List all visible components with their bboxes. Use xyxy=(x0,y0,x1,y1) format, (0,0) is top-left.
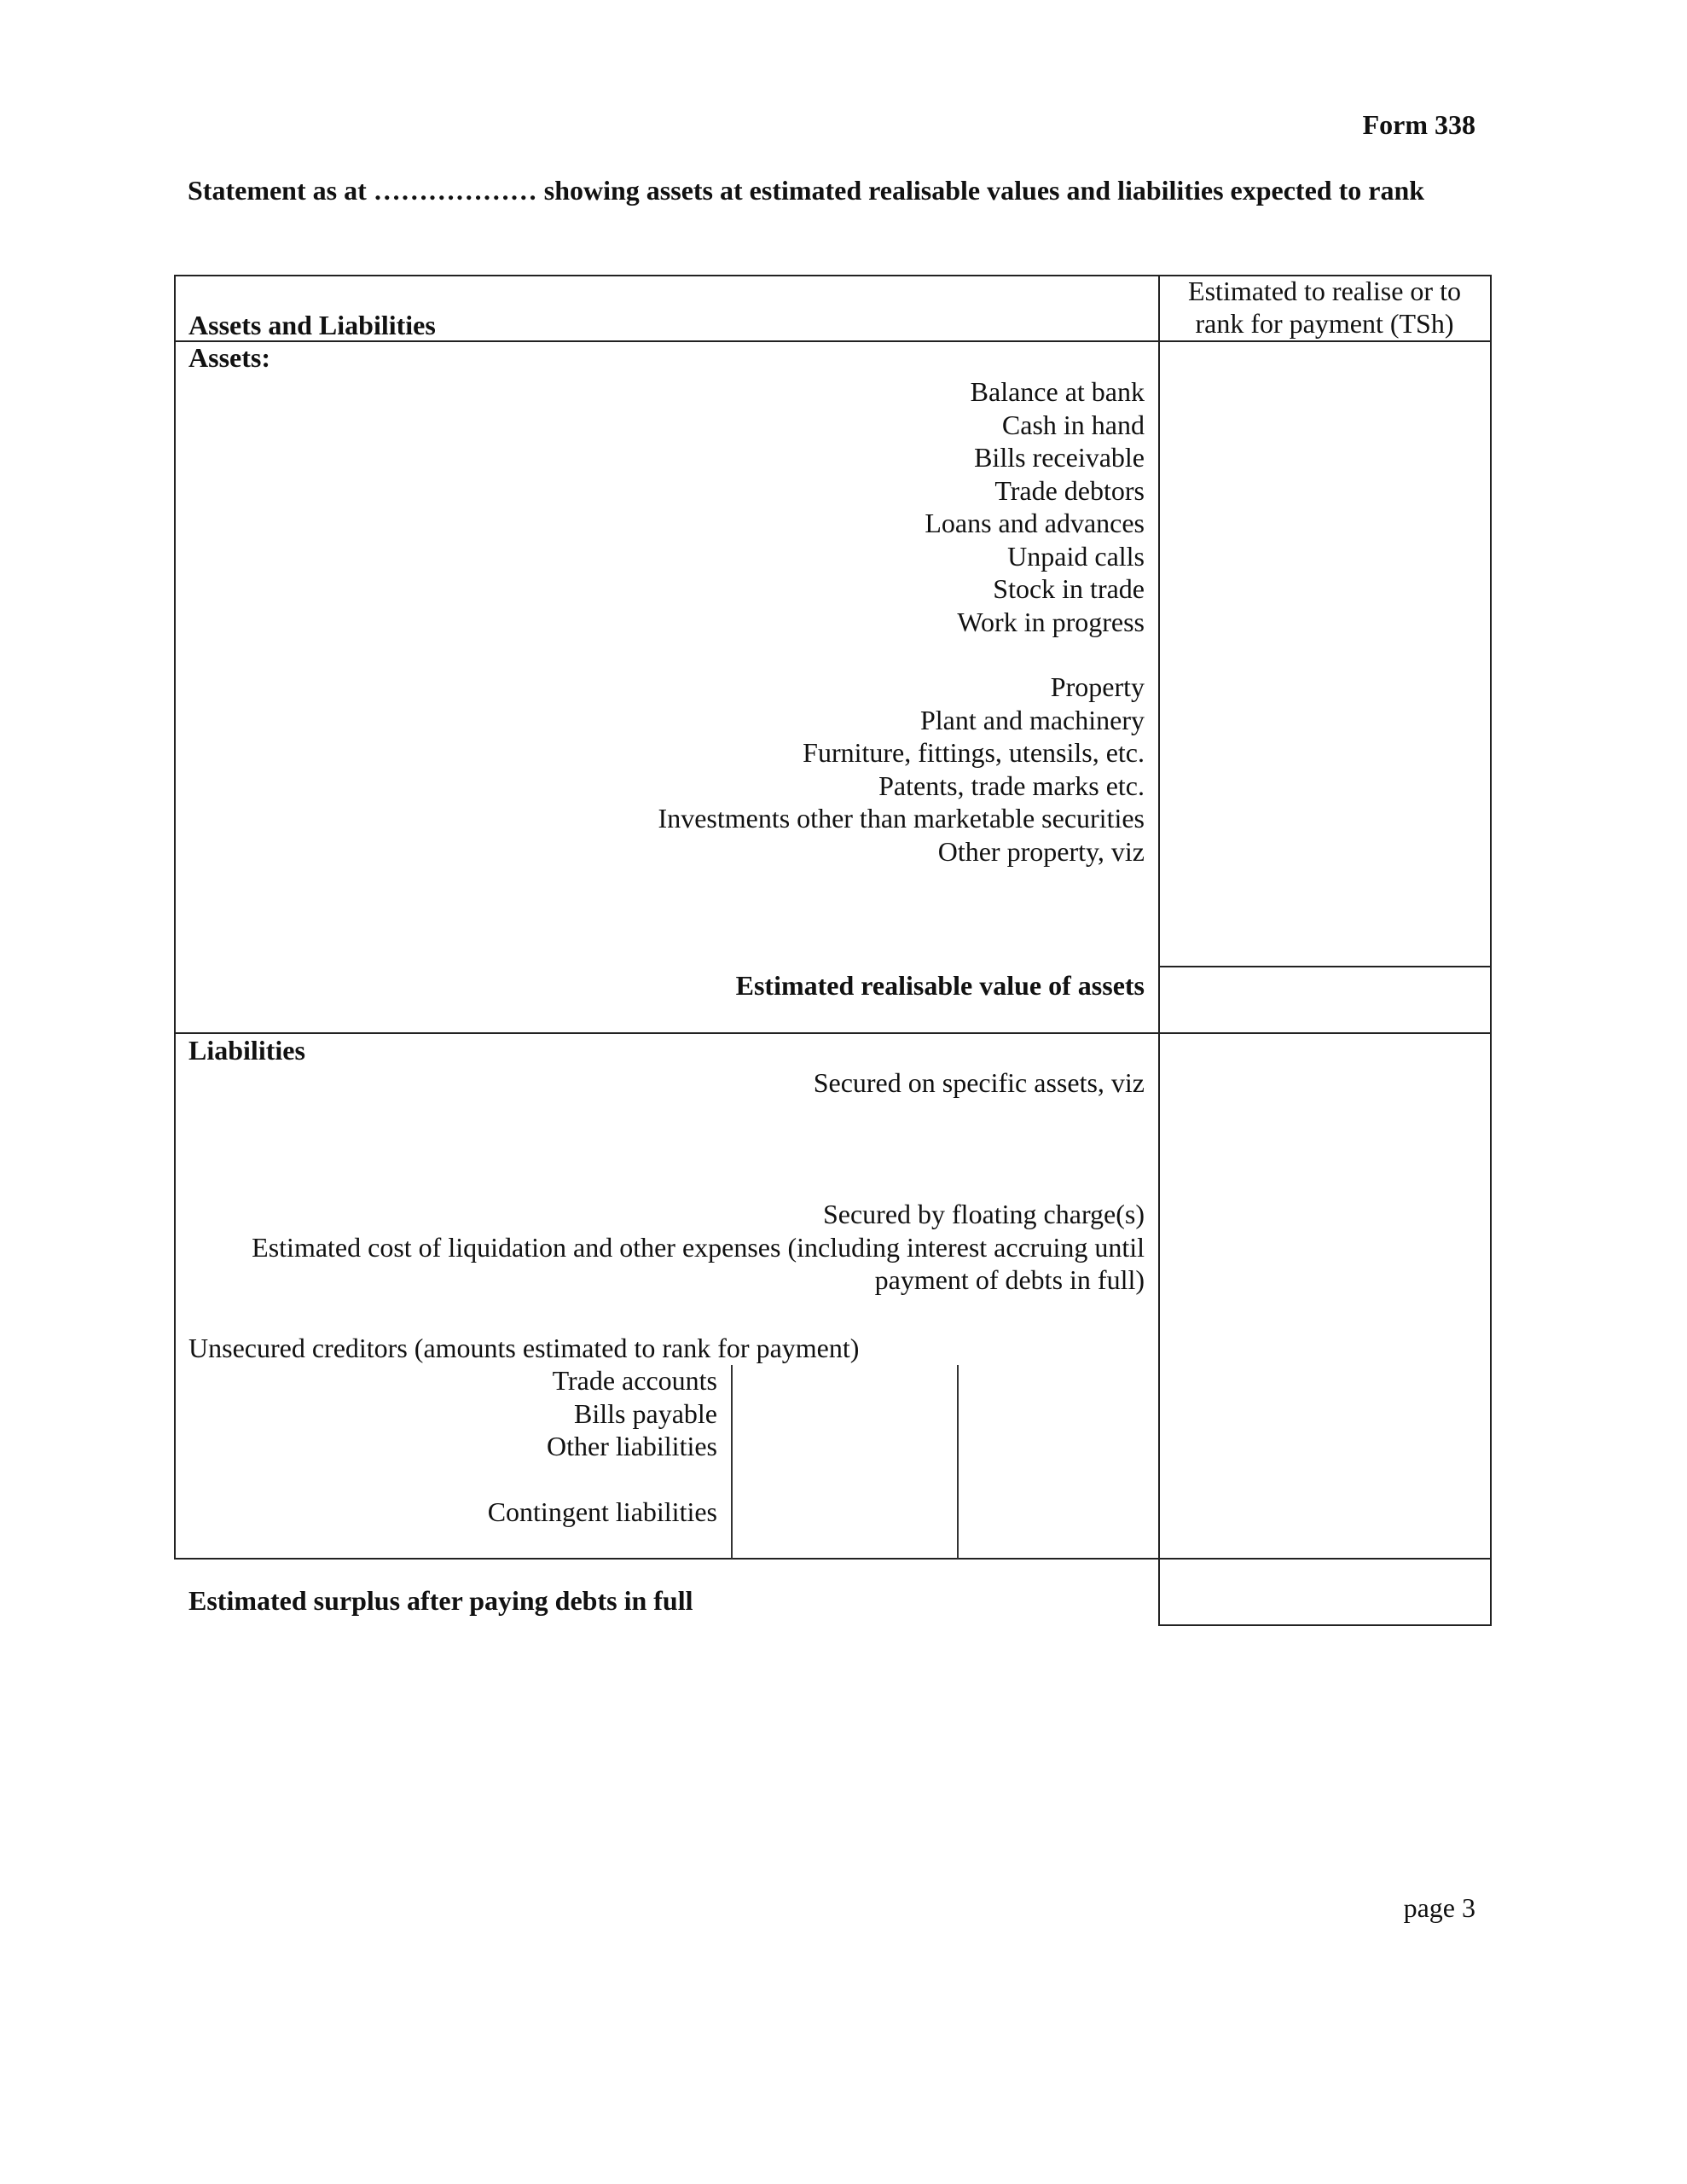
asset-item: Balance at bank xyxy=(925,375,1145,409)
liabilities-bottom-border xyxy=(174,1558,1492,1560)
asset-item: Plant and machinery xyxy=(658,704,1145,737)
liability-item: Other liabilities xyxy=(488,1430,717,1463)
liabilities-heading: Liabilities xyxy=(188,1034,305,1067)
asset-item: Bills receivable xyxy=(925,441,1145,474)
table-right-border xyxy=(1490,275,1492,1626)
liability-item: Contingent liabilities xyxy=(488,1496,717,1529)
unsecured-subcolumn-line-2 xyxy=(957,1365,959,1559)
asset-item: Property xyxy=(658,671,1145,704)
form-number: Form 338 xyxy=(1363,109,1475,141)
current-assets-list: Balance at bank Cash in hand Bills recei… xyxy=(925,375,1145,638)
liability-item: payment of debts in full) xyxy=(252,1263,1145,1297)
fixed-assets-list: Property Plant and machinery Furniture, … xyxy=(658,671,1145,868)
column-divider xyxy=(1158,275,1160,1626)
asset-item: Other property, viz xyxy=(658,835,1145,868)
asset-item: Trade debtors xyxy=(925,474,1145,508)
asset-item: Furniture, fittings, utensils, etc. xyxy=(658,736,1145,770)
assets-heading: Assets: xyxy=(188,341,270,375)
statement-title: Statement as at ……………… showing assets at… xyxy=(188,174,1450,206)
asset-item: Unpaid calls xyxy=(925,540,1145,573)
liability-item: Estimated cost of liquidation and other … xyxy=(252,1231,1145,1264)
unsecured-items: Trade accounts Bills payable Other liabi… xyxy=(488,1364,717,1528)
secured-floating-and-costs: Secured by floating charge(s) Estimated … xyxy=(252,1198,1145,1297)
asset-item: Patents, trade marks etc. xyxy=(658,770,1145,803)
col-header-assets-liabilities: Assets and Liabilities xyxy=(188,309,436,342)
assets-total: Estimated realisable value of assets xyxy=(736,969,1145,1002)
liability-item: Trade accounts xyxy=(488,1364,717,1397)
table-left-border xyxy=(174,275,176,1560)
asset-item: Cash in hand xyxy=(925,409,1145,442)
liabilities-separator xyxy=(174,1032,1492,1034)
assets-total-line xyxy=(1158,966,1492,967)
page-number: page 3 xyxy=(1404,1892,1475,1924)
surplus-box-bottom xyxy=(1158,1624,1492,1626)
unsecured-heading: Unsecured creditors (amounts estimated t… xyxy=(188,1332,859,1365)
surplus-label: Estimated surplus after paying debts in … xyxy=(188,1584,693,1618)
asset-item: Work in progress xyxy=(925,606,1145,639)
unsecured-subcolumn-line-1 xyxy=(731,1365,733,1559)
liability-item: Bills payable xyxy=(488,1397,717,1431)
asset-item: Investments other than marketable securi… xyxy=(658,802,1145,835)
liability-item: Secured by floating charge(s) xyxy=(252,1198,1145,1231)
col-header-estimated: Estimated to realise or to rank for paym… xyxy=(1168,275,1481,340)
liability-item: Secured on specific assets, viz xyxy=(814,1066,1145,1100)
assets-total-label: Estimated realisable value of assets xyxy=(736,969,1145,1002)
asset-item: Loans and advances xyxy=(925,507,1145,540)
secured-specific: Secured on specific assets, viz xyxy=(814,1066,1145,1100)
asset-item: Stock in trade xyxy=(925,572,1145,606)
